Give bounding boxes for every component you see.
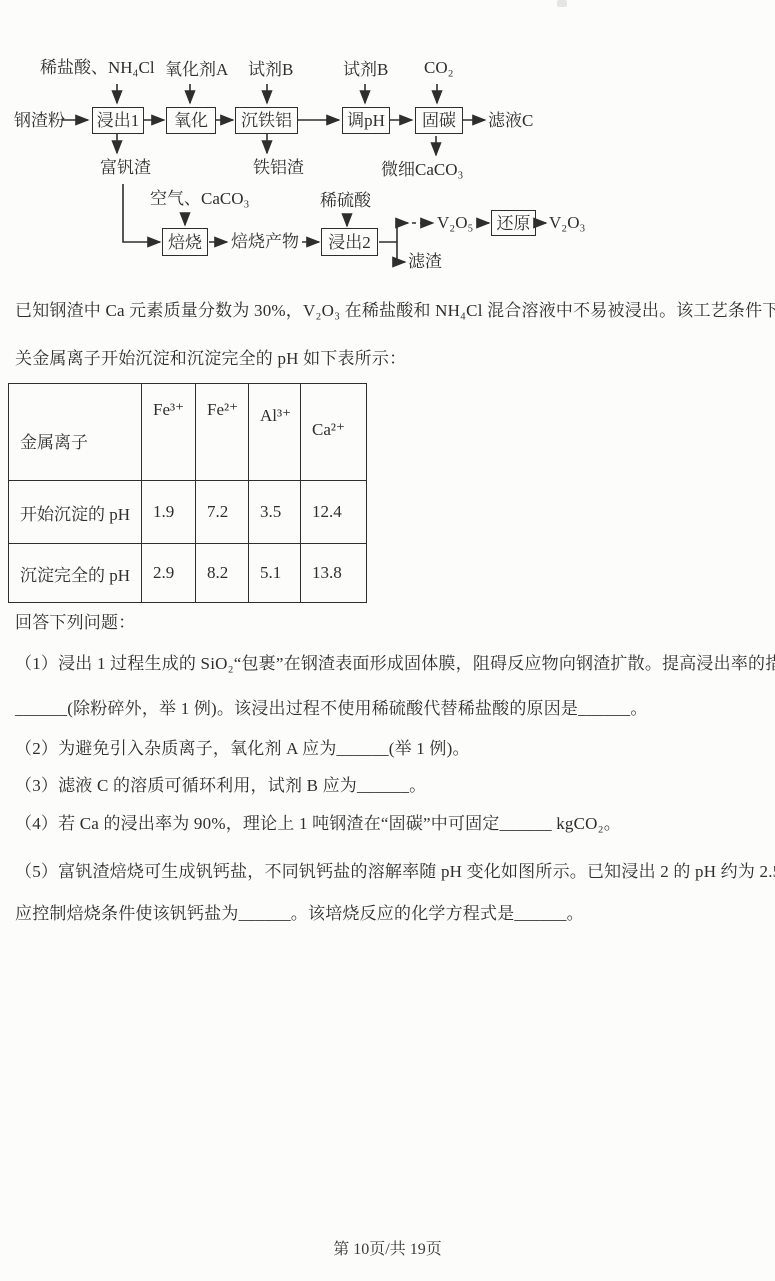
process-box-roasting: 焙烧 [162,228,208,256]
question-5-line-1: （5）富钒渣焙烧可生成钒钙盐，不同钒钙盐的溶解率随 pH 变化如图所示。已知浸出… [15,861,775,883]
cell-value: 3.5 [249,481,301,544]
source-material-label: 钢渣粉 [14,109,65,133]
question-1-line-2: ______(除粉碎外，举 1 例)。该浸出过程不使用稀硫酸代替稀盐酸的原因是_… [15,698,648,720]
row-label: 开始沉淀的 pH [9,481,142,544]
process-box-carbon-fixation: 固碳 [415,107,463,134]
cell-value: 13.8 [301,544,367,603]
input-label-dilute-h2so4: 稀硫酸 [320,189,371,213]
process-box-oxidation: 氧化 [166,107,216,134]
question-5-line-2: 应控制焙烧条件使该钒钙盐为______。该培烧反应的化学方程式是______。 [15,903,584,925]
scan-artifact [557,0,567,7]
table-header-ca2: Ca²⁺ [301,384,367,481]
table-row-start-precipitation: 开始沉淀的 pH 1.9 7.2 3.5 12.4 [9,481,367,544]
cell-value: 7.2 [196,481,249,544]
output-label-fine-caco3: 微细CaCO₃ [381,158,463,182]
input-label-co2: CO₂ [424,56,454,80]
input-label-oxidant-a: 氧化剂A [165,58,228,82]
question-3: （3）滤液 C 的溶质可循环利用，试剂 B 应为______。 [15,775,426,797]
process-box-leach1: 浸出1 [92,107,144,134]
table-header-al3: Al³⁺ [249,384,301,481]
ph-precipitation-table: 金属离子 Fe³⁺ Fe²⁺ Al³⁺ Ca²⁺ 开始沉淀的 pH 1.9 7.… [8,383,367,603]
label-roasting-product: 焙烧产物 [231,230,299,254]
row-label: 沉淀完全的 pH [9,544,142,603]
process-box-adjust-ph: 调pH [342,107,390,134]
input-label-hcl-nh4cl: 稀盐酸、NH₄Cl [40,56,155,80]
input-label-reagent-b-1: 试剂B [248,58,293,82]
cell-value: 12.4 [301,481,367,544]
input-label-reagent-b-2: 试剂B [343,58,388,82]
label-v2o3: V₂O₃ [549,211,585,235]
table-header-fe3: Fe³⁺ [142,384,196,481]
table-row-complete-precipitation: 沉淀完全的 pH 2.9 8.2 5.1 13.8 [9,544,367,603]
process-box-leach2: 浸出2 [321,228,378,256]
table-header-row: 金属离子 Fe³⁺ Fe²⁺ Al³⁺ Ca²⁺ [9,384,367,481]
question-4: （4）若 Ca 的浸出率为 90%，理论上 1 吨钢渣在“固碳”中可固定____… [15,813,621,835]
table-header-fe2: Fe²⁺ [196,384,249,481]
intro-line-2: 关金属离子开始沉淀和沉淀完全的 pH 如下表所示： [15,348,406,370]
intro-line-1: 已知钢渣中 Ca 元素质量分数为 30%，V₂O₃ 在稀盐酸和 NH₄Cl 混合… [15,300,775,322]
questions-prompt: 回答下列问题： [15,612,135,634]
label-v2o5: V₂O₅ [437,211,473,235]
cell-value: 2.9 [142,544,196,603]
input-label-air-caco3: 空气、CaCO₃ [150,187,249,211]
label-filter-residue: 滤渣 [408,250,442,274]
process-box-precipitate-fe-al: 沉铁铝 [235,107,298,134]
question-1-line-1: （1）浸出 1 过程生成的 SiO₂“包裹”在钢渣表面形成固体膜，阻碍反应物向钢… [15,653,775,675]
process-flow-diagram: 稀盐酸、NH₄Cl 氧化剂A 试剂B 试剂B CO₂ 钢渣粉 浸出1 氧化 沉铁… [0,46,775,296]
cell-value: 1.9 [142,481,196,544]
output-label-vanadium-rich-slag: 富钒渣 [100,156,151,180]
cell-value: 8.2 [196,544,249,603]
output-label-fe-al-slag: 铁铝渣 [253,156,304,180]
table-header-metal-ion: 金属离子 [9,384,142,481]
process-box-reduction: 还原 [491,210,536,236]
question-2: （2）为避免引入杂质离子，氧化剂 A 应为______(举 1 例)。 [15,738,470,760]
cell-value: 5.1 [249,544,301,603]
page-number-footer: 第 10页/共 19页 [0,1236,775,1259]
output-label-filtrate-c: 滤液C [488,109,533,133]
